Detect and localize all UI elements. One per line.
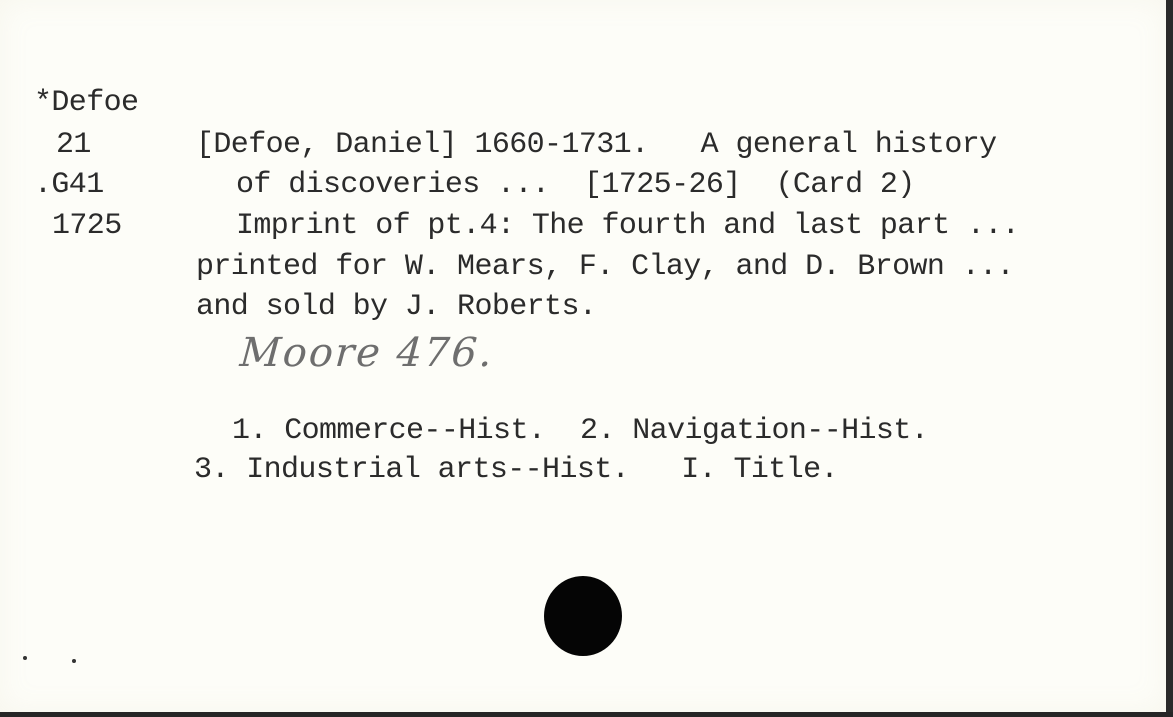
handwritten-note: Moore 476. [238, 330, 495, 376]
call-number-line-3: .G41 [34, 170, 104, 200]
imprint-note-line-2: printed for W. Mears, F. Clay, and D. Br… [196, 252, 1014, 282]
call-number-line-1: *Defoe [34, 88, 138, 118]
imprint-note-line-3: and sold by J. Roberts. [196, 292, 596, 322]
subject-tracings-line-1: 1. Commerce--Hist. 2. Navigation--Hist. [232, 416, 928, 446]
punch-hole [544, 576, 622, 656]
call-number-line-4: 1725 [52, 211, 122, 241]
subject-tracings-line-2: 3. Industrial arts--Hist. I. Title. [194, 455, 838, 485]
speck-mark [23, 656, 27, 660]
speck-mark [72, 659, 76, 663]
catalog-card: *Defoe 21 .G41 1725 [Defoe, Daniel] 1660… [0, 0, 1166, 712]
main-entry-heading: [Defoe, Daniel] 1660-1731. A general his… [196, 130, 997, 160]
call-number-line-2: 21 [56, 130, 91, 160]
imprint-note-line-1: Imprint of pt.4: The fourth and last par… [236, 211, 1019, 241]
title-continuation: of discoveries ... [1725-26] (Card 2) [236, 170, 915, 200]
scan-edge-right [1166, 0, 1173, 717]
scan-edge-bottom [0, 712, 1173, 717]
